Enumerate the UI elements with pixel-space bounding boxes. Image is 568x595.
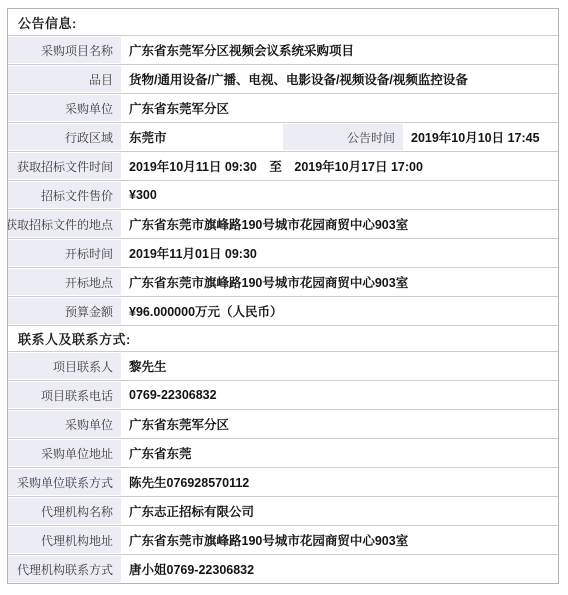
table-row: 采购单位联系方式陈先生076928570112 [8, 467, 558, 496]
table-row: 代理机构联系方式唐小姐0769-22306832 [8, 554, 558, 583]
row-label-secondary: 公告时间 [283, 124, 403, 150]
row-value: 广东省东莞市旗峰路190号城市花园商贸中心903室 [124, 268, 558, 296]
row-value: 2019年11月01日 09:30 [124, 239, 558, 267]
table-row: 开标地点广东省东莞市旗峰路190号城市花园商贸中心903室 [8, 267, 558, 296]
table-row: 采购单位地址广东省东莞 [8, 438, 558, 467]
row-label: 采购单位 [8, 411, 121, 437]
row-value: 广东省东莞军分区 [124, 94, 558, 122]
section-header: 公告信息: [8, 9, 558, 35]
row-value: ¥96.000000万元（人民币） [124, 297, 558, 325]
announcement-page: 公告信息:采购项目名称广东省东莞军分区视频会议系统采购项目品目货物/通用设备/广… [0, 0, 568, 595]
row-value: 广东省东莞军分区 [124, 410, 558, 438]
table-row: 开标时间2019年11月01日 09:30 [8, 238, 558, 267]
row-value: 广东志正招标有限公司 [124, 497, 558, 525]
table-row: 品目货物/通用设备/广播、电视、电影设备/视频设备/视频监控设备 [8, 64, 558, 93]
row-label: 代理机构联系方式 [8, 556, 121, 582]
table-row: 获取招标文件的地点广东省东莞市旗峰路190号城市花园商贸中心903室 [8, 209, 558, 238]
row-value: 2019年10月11日 09:30 至 2019年10月17日 17:00 [124, 152, 558, 180]
row-value-secondary: 2019年10月10日 17:45 [406, 123, 558, 151]
row-value: 广东省东莞市旗峰路190号城市花园商贸中心903室 [124, 210, 558, 238]
row-label: 预算金额 [8, 298, 121, 324]
row-label: 开标地点 [8, 269, 121, 295]
procurement-announcement-table: 公告信息:采购项目名称广东省东莞军分区视频会议系统采购项目品目货物/通用设备/广… [7, 8, 559, 584]
row-value: 唐小姐0769-22306832 [124, 555, 558, 583]
row-label: 获取招标文件的地点 [8, 211, 121, 237]
table-row: 预算金额¥96.000000万元（人民币） [8, 296, 558, 325]
row-value: ¥300 [124, 181, 558, 209]
row-label: 采购单位地址 [8, 440, 121, 466]
row-label: 招标文件售价 [8, 182, 121, 208]
row-value: 0769-22306832 [124, 381, 558, 409]
table-row: 获取招标文件时间2019年10月11日 09:30 至 2019年10月17日 … [8, 151, 558, 180]
section-header-label: 联系人及联系方式: [18, 329, 131, 348]
row-value: 广东省东莞军分区视频会议系统采购项目 [124, 36, 558, 64]
row-value: 东莞市 [124, 123, 280, 151]
row-label: 项目联系人 [8, 353, 121, 379]
table-row: 项目联系人黎先生 [8, 351, 558, 380]
row-label: 代理机构地址 [8, 527, 121, 553]
row-value: 广东省东莞 [124, 439, 558, 467]
row-label: 采购单位联系方式 [8, 469, 121, 495]
section-header-label: 公告信息: [18, 13, 77, 32]
table-row: 采购项目名称广东省东莞军分区视频会议系统采购项目 [8, 35, 558, 64]
row-value: 黎先生 [124, 352, 558, 380]
row-value: 广东省东莞市旗峰路190号城市花园商贸中心903室 [124, 526, 558, 554]
row-label: 开标时间 [8, 240, 121, 266]
row-label: 项目联系电话 [8, 382, 121, 408]
table-row: 行政区域东莞市公告时间2019年10月10日 17:45 [8, 122, 558, 151]
row-value: 陈先生076928570112 [124, 468, 558, 496]
row-value: 货物/通用设备/广播、电视、电影设备/视频设备/视频监控设备 [124, 65, 558, 93]
row-label: 品目 [8, 66, 121, 92]
table-row: 采购单位广东省东莞军分区 [8, 409, 558, 438]
section-header: 联系人及联系方式: [8, 325, 558, 351]
table-row: 招标文件售价¥300 [8, 180, 558, 209]
table-row: 项目联系电话0769-22306832 [8, 380, 558, 409]
row-label: 采购单位 [8, 95, 121, 121]
table-row: 采购单位广东省东莞军分区 [8, 93, 558, 122]
table-row: 代理机构名称广东志正招标有限公司 [8, 496, 558, 525]
row-label: 代理机构名称 [8, 498, 121, 524]
row-label: 获取招标文件时间 [8, 153, 121, 179]
row-label: 行政区域 [8, 124, 121, 150]
table-row: 代理机构地址广东省东莞市旗峰路190号城市花园商贸中心903室 [8, 525, 558, 554]
row-label: 采购项目名称 [8, 37, 121, 63]
